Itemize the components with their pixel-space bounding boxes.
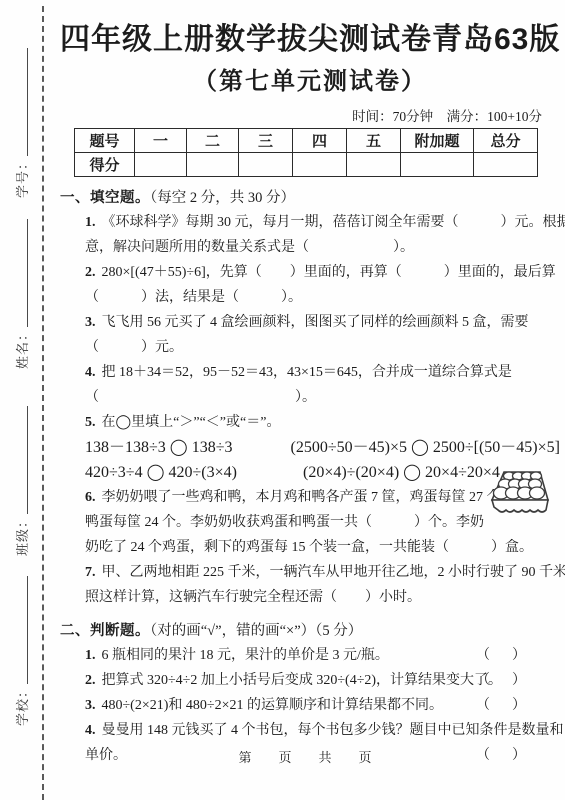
page-footer: 第 页 共 页 (60, 747, 557, 766)
question-text: 奶吃了 24 个鸡蛋，剩下的鸡蛋每 15 个装一盒，一共能装（ ）盒。 (85, 535, 560, 560)
question-text: 把算式 320÷4÷2 加上小括号后变成 320÷(4÷2)，计算结果变大了。 (102, 673, 503, 688)
paper-title: 四年级上册数学拔尖测试卷青岛63版 (60, 14, 560, 58)
question-number: 4. (85, 723, 96, 738)
question-text: 把 18＋34＝52，95－52＝43，43×15＝645，合并成一道综合算式是 (102, 365, 512, 380)
score-cell (347, 153, 401, 177)
school-line (27, 576, 28, 684)
score-cell (474, 153, 538, 177)
student-name-line (27, 219, 28, 327)
class-line (27, 406, 28, 514)
score-cell (401, 153, 474, 177)
student-name-label: 姓名： (15, 327, 31, 369)
question-text: 飞飞用 56 元买了 4 盒绘画颜料，图图买了同样的绘画颜料 5 盒，需要 (102, 315, 529, 330)
cut-dashed-line (42, 6, 44, 800)
question-number: 1. (85, 215, 96, 230)
time-and-score-info: 时间：70分钟 满分：100+10分 (60, 105, 560, 125)
fill-in-question-4: 4.把 18＋34＝52，95－52＝43，43×15＝645，合并成一道综合算… (60, 360, 560, 410)
section2-heading: 二、判断题。（对的画“√”，错的画“×”）（5 分） (60, 619, 560, 643)
question-number: 3. (85, 315, 96, 330)
fill-in-question-6: 6.李奶奶喂了一些鸡和鸭，本月鸡和鸭各产蛋 7 筐，鸡蛋每筐 27 个， 鸭蛋每… (60, 485, 560, 560)
question-number: 5. (85, 415, 96, 430)
paper-subtitle: （第七单元测试卷） (60, 61, 560, 96)
paper-body: 四年级上册数学拔尖测试卷青岛63版 （第七单元测试卷） 时间：70分钟 满分：1… (60, 0, 560, 768)
answer-parentheses: （ ） (476, 643, 530, 668)
test-paper-page: 学号： 姓名： 班级： 学校： 四年级上册数学拔尖测试卷青岛63版 （第七单元测… (0, 0, 565, 800)
question-number: 2. (85, 265, 96, 280)
question-text: 《环球科学》每期 30 元，每月一期，蓓蓓订阅全年需要（ ）元。根据题 (102, 215, 565, 230)
question-text: （ ）元。 (85, 335, 560, 360)
score-table-header-cell: 总分 (474, 129, 538, 153)
section1-title: 一、填空题。 (60, 190, 150, 206)
student-name-blank: 姓名： (13, 219, 31, 369)
score-table-header-cell: 四 (293, 129, 347, 153)
fill-in-question-1: 1.《环球科学》每期 30 元，每月一期，蓓蓓订阅全年需要（ ）元。根据题 意，… (60, 210, 560, 260)
score-cell (239, 153, 293, 177)
judge-question-2: 2.把算式 320÷4÷2 加上小括号后变成 320÷(4÷2)，计算结果变大了… (60, 668, 560, 693)
question-text: 李奶奶喂了一些鸡和鸭，本月鸡和鸭各产蛋 7 筐，鸡蛋每筐 27 个， (102, 490, 515, 505)
score-cell (187, 153, 239, 177)
question-number: 4. (85, 365, 96, 380)
section2-note: （对的画“√”，错的画“×”）（5 分） (150, 623, 362, 639)
school-label: 学校： (15, 684, 31, 726)
score-cell (293, 153, 347, 177)
question-text: 照这样计算，这辆汽车行驶完全程还需（ ）小时。 (85, 585, 560, 610)
comparison-expression: (20×4)÷(20×4) ◯ 20×4÷20×4 (303, 460, 500, 485)
question-number: 6. (85, 490, 96, 505)
score-table-header-cell: 附加题 (401, 129, 474, 153)
question-text: 在◯里填上“＞”“＜”或“＝”。 (102, 415, 281, 430)
answer-parentheses: （ ） (476, 693, 530, 718)
judge-question-3: 3.480÷(2×21)和 480÷2×21 的运算顺序和计算结果都不同。（ ） (60, 693, 560, 718)
class-blank: 班级： (13, 406, 31, 556)
egg-carton-illustration (489, 459, 551, 523)
student-id-line (27, 48, 28, 156)
question-text: 意，解决问题所用的数量关系式是（ ）。 (85, 235, 560, 260)
section2-title: 二、判断题。 (60, 623, 150, 639)
question-text: 480÷(2×21)和 480÷2×21 的运算顺序和计算结果都不同。 (102, 698, 443, 713)
class-label: 班级： (15, 514, 31, 556)
section1-heading: 一、填空题。（每空 2 分，共 30 分） (60, 186, 560, 210)
student-id-blank: 学号： (13, 48, 31, 198)
question-number: 3. (85, 698, 96, 713)
school-blank: 学校： (13, 576, 31, 726)
section1-note: （每空 2 分，共 30 分） (150, 190, 295, 206)
score-table-header-row: 题号 一 二 三 四 五 附加题 总分 (75, 129, 538, 153)
comparison-expression: 138－138÷3 ◯ 138÷3 (85, 435, 291, 460)
score-table-header-cell: 二 (187, 129, 239, 153)
student-id-label: 学号： (15, 156, 31, 198)
judge-question-1: 1.6 瓶相同的果汁 18 元，果汁的单价是 3 元/瓶。（ ） (60, 643, 560, 668)
question-number: 2. (85, 673, 96, 688)
score-cell (135, 153, 187, 177)
question-text: 甲、乙两地相距 225 千米，一辆汽车从甲地开往乙地，2 小时行驶了 90 千米… (102, 565, 565, 580)
question-text: （ ）。 (85, 385, 560, 410)
fill-in-question-3: 3.飞飞用 56 元买了 4 盒绘画颜料，图图买了同样的绘画颜料 5 盒，需要 … (60, 310, 560, 360)
comparison-row-1: 138－138÷3 ◯ 138÷3 (2500÷50－45)×5 ◯ 2500÷… (85, 435, 560, 460)
question-number: 7. (85, 565, 96, 580)
fill-in-question-2: 2.280×[(47＋55)÷6]，先算（ ）里面的，再算（ ）里面的，最后算 … (60, 260, 560, 310)
comparison-expression: (2500÷50－45)×5 ◯ 2500÷[(50－45)×5] (291, 435, 561, 460)
question-number: 1. (85, 648, 96, 663)
score-row-label: 得分 (75, 153, 135, 177)
score-table-header-cell: 三 (239, 129, 293, 153)
fill-in-question-7: 7.甲、乙两地相距 225 千米，一辆汽车从甲地开往乙地，2 小时行驶了 90 … (60, 560, 560, 610)
question-text: 280×[(47＋55)÷6]，先算（ ）里面的，再算（ ）里面的，最后算 (102, 265, 556, 280)
question-text: 6 瓶相同的果汁 18 元，果汁的单价是 3 元/瓶。 (102, 648, 389, 663)
question-text: （ ）法，结果是（ ）。 (85, 285, 560, 310)
score-table-header-cell: 题号 (75, 129, 135, 153)
score-table-score-row: 得分 (75, 153, 538, 177)
answer-parentheses: （ ） (476, 668, 530, 693)
question-text: 曼曼用 148 元钱买了 4 个书包，每个书包多少钱？题目中已知条件是数量和 (102, 723, 564, 738)
score-table-header-cell: 一 (135, 129, 187, 153)
fill-in-question-5: 5.在◯里填上“＞”“＜”或“＝”。 138－138÷3 ◯ 138÷3 (25… (60, 410, 560, 485)
score-table-header-cell: 五 (347, 129, 401, 153)
score-table: 题号 一 二 三 四 五 附加题 总分 得分 (74, 128, 538, 177)
comparison-expression: 420÷3÷4 ◯ 420÷(3×4) (85, 460, 303, 485)
